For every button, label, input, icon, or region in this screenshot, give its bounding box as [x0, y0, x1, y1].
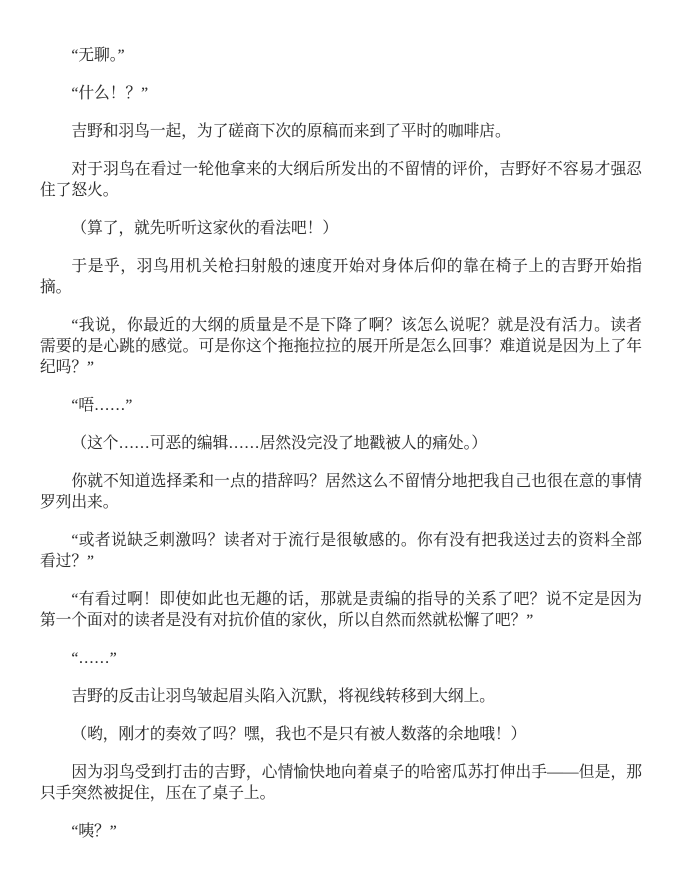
paragraph: “我说，你最近的大纲的质量是不是下降了啊？该怎么说呢？就是没有活力。读者需要的是… [40, 315, 642, 378]
paragraph: “有看过啊！即使如此也无趣的话，那就是责编的指导的关系了吧？说不定是因为第一个面… [40, 589, 642, 631]
paragraph: “唔……” [40, 395, 642, 416]
paragraph: （哟，刚才的奏效了吗？嘿，我也不是只有被人数落的余地哦！） [40, 724, 642, 745]
paragraph: 于是乎，羽鸟用机关枪扫射般的速度开始对身体后仰的靠在椅子上的吉野开始指摘。 [40, 256, 642, 298]
paragraph: 你就不知道选择柔和一点的措辞吗？居然这么不留情分地把我自己也很在意的事情罗列出来… [40, 471, 642, 513]
paragraph: “……” [40, 648, 642, 669]
paragraph: （这个……可恶的编辑……居然没完没了地戳被人的痛处。） [40, 433, 642, 454]
paragraph: 吉野的反击让羽鸟皱起眉头陷入沉默，将视线转移到大纲上。 [40, 686, 642, 707]
paragraph: 对于羽鸟在看过一轮他拿来的大纲后所发出的不留情的评价，吉野好不容易才强忍住了怒火… [40, 159, 642, 201]
paragraph: （算了，就先听听这家伙的看法吧！） [40, 218, 642, 239]
paragraph: “或者说缺乏刺激吗？读者对于流行是很敏感的。你有没有把我送过去的资料全部看过？” [40, 530, 642, 572]
paragraph: 因为羽鸟受到打击的吉野，心情愉快地向着桌子的哈密瓜苏打伸出手——但是，那只手突然… [40, 762, 642, 804]
paragraph: “什么！？” [40, 83, 642, 104]
paragraph: “咦？” [40, 821, 642, 842]
paragraph: “无聊。” [40, 45, 642, 66]
document-page: “无聊。”“什么！？”吉野和羽鸟一起，为了磋商下次的原稿而来到了平时的咖啡店。对… [0, 0, 680, 880]
document-body: “无聊。”“什么！？”吉野和羽鸟一起，为了磋商下次的原稿而来到了平时的咖啡店。对… [40, 45, 642, 842]
paragraph: 吉野和羽鸟一起，为了磋商下次的原稿而来到了平时的咖啡店。 [40, 121, 642, 142]
